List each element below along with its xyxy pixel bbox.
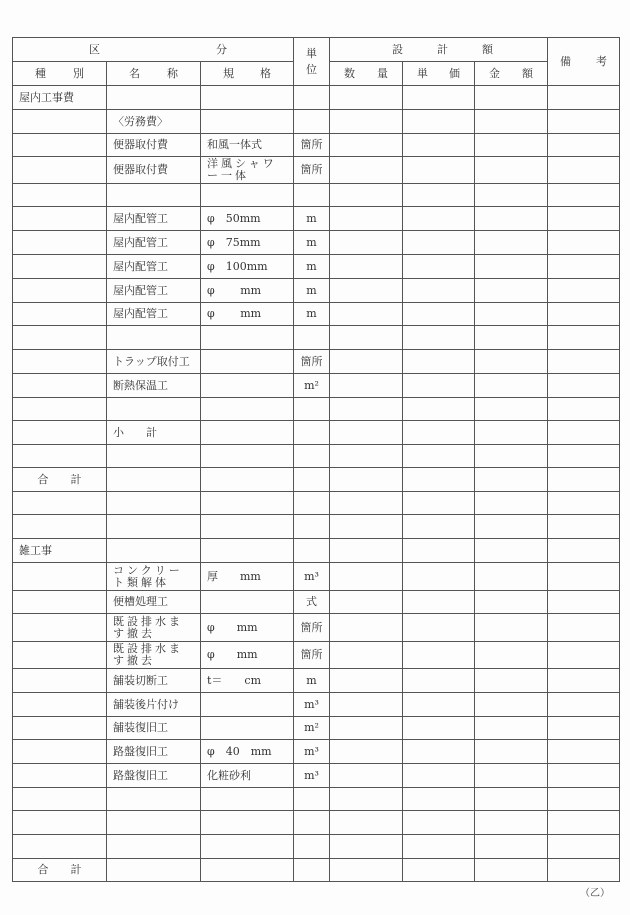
design-estimate-table: 区 分 単 位 設 計 額 備 考 <box>12 37 620 882</box>
cell-remarks[interactable] <box>548 374 620 398</box>
cell-qty[interactable] <box>330 157 403 184</box>
cell-qty[interactable] <box>330 835 403 859</box>
header-name-char-1: 名 <box>129 68 140 80</box>
cell-qty[interactable] <box>330 614 403 642</box>
cell-qty[interactable] <box>330 764 403 788</box>
cell-qty[interactable] <box>330 693 403 717</box>
cell-kind <box>13 374 107 398</box>
cell-name: 屋内配管工 <box>107 279 201 303</box>
cell-remarks[interactable] <box>548 157 620 184</box>
cell-spec <box>201 859 294 882</box>
cell-kind: 屋内工事費 <box>13 86 107 110</box>
cell-spec <box>201 184 294 207</box>
cell-remarks[interactable] <box>548 231 620 255</box>
cell-unit: m³ <box>294 693 330 717</box>
table-row: 合 計 <box>13 859 620 882</box>
cell-amount[interactable] <box>475 303 548 326</box>
cell-spec: φ 40 mm <box>201 740 294 764</box>
cell-unit: m³ <box>294 563 330 591</box>
header-spec: 規格 <box>201 62 294 86</box>
cell-unit <box>294 515 330 539</box>
cell-amount[interactable] <box>475 563 548 591</box>
cell-qty[interactable] <box>330 740 403 764</box>
cell-amount[interactable] <box>475 134 548 157</box>
cell-remarks[interactable] <box>548 835 620 859</box>
cell-unit-price[interactable] <box>403 303 475 326</box>
cell-unit-price[interactable] <box>403 764 475 788</box>
cell-remarks[interactable] <box>548 350 620 374</box>
cell-unit <box>294 184 330 207</box>
cell-amount[interactable] <box>475 693 548 717</box>
header-qty-char-2: 量 <box>377 68 388 80</box>
cell-unit-price[interactable] <box>403 740 475 764</box>
cell-remarks[interactable] <box>548 591 620 614</box>
cell-qty[interactable] <box>330 642 403 669</box>
cell-remarks[interactable] <box>548 279 620 303</box>
header-name: 名称 <box>107 62 201 86</box>
cell-spec: φ mm <box>201 642 294 669</box>
cell-name: 舗装後片付け <box>107 693 201 717</box>
cell-unit: m <box>294 207 330 231</box>
cell-qty[interactable] <box>330 374 403 398</box>
cell-amount[interactable] <box>475 374 548 398</box>
cell-unit-price[interactable] <box>403 693 475 717</box>
header-unit-price-char-1: 単 <box>417 68 428 80</box>
cell-name: 屋内配管工 <box>107 303 201 326</box>
cell-unit <box>294 539 330 563</box>
cell-name <box>107 326 201 350</box>
cell-remarks[interactable] <box>548 492 620 515</box>
cell-qty[interactable] <box>330 421 403 445</box>
cell-remarks[interactable] <box>548 740 620 764</box>
cell-unit-price[interactable] <box>403 421 475 445</box>
table-row <box>13 398 620 421</box>
cell-unit: 箇所 <box>294 350 330 374</box>
cell-name: 路盤復旧工 <box>107 740 201 764</box>
cell-spec <box>201 693 294 717</box>
cell-kind <box>13 207 107 231</box>
cell-unit: m <box>294 669 330 693</box>
cell-kind <box>13 184 107 207</box>
cell-spec <box>201 788 294 811</box>
cell-amount[interactable] <box>475 669 548 693</box>
cell-name: 小 計 <box>107 421 201 445</box>
cell-remarks[interactable] <box>548 86 620 110</box>
cell-unit-price[interactable] <box>403 350 475 374</box>
cell-unit-price[interactable] <box>403 642 475 669</box>
cell-name: 便器取付費 <box>107 157 201 184</box>
cell-name <box>107 398 201 421</box>
cell-unit-price[interactable] <box>403 563 475 591</box>
header-amount-char-2: 額 <box>522 68 533 80</box>
table-row <box>13 492 620 515</box>
header-kubun: 区 分 <box>13 38 294 62</box>
header-amount: 金額 <box>475 62 548 86</box>
table-row: 便器取付費洋風シャワー一体箇所 <box>13 157 620 184</box>
header-design-char-1: 設 <box>392 44 403 56</box>
cell-name: 既設排水ます撤去 <box>107 614 201 642</box>
cell-unit <box>294 468 330 492</box>
cell-remarks[interactable] <box>548 445 620 468</box>
cell-unit-price[interactable] <box>403 445 475 468</box>
cell-kind <box>13 515 107 539</box>
cell-unit-price[interactable] <box>403 184 475 207</box>
header-qty-char-1: 数 <box>344 68 355 80</box>
cell-amount[interactable] <box>475 86 548 110</box>
table-row: 屋内工事費 <box>13 86 620 110</box>
cell-spec <box>201 591 294 614</box>
cell-unit: 箇所 <box>294 134 330 157</box>
cell-spec <box>201 110 294 134</box>
table-row: 屋内配管工φ mmm <box>13 279 620 303</box>
cell-unit <box>294 492 330 515</box>
cell-amount[interactable] <box>475 811 548 835</box>
cell-spec <box>201 398 294 421</box>
cell-amount[interactable] <box>475 859 548 882</box>
cell-kind <box>13 157 107 184</box>
cell-unit: m³ <box>294 740 330 764</box>
cell-qty[interactable] <box>330 350 403 374</box>
cell-unit: m² <box>294 717 330 740</box>
cell-kind <box>13 134 107 157</box>
cell-spec: 化粧砂利 <box>201 764 294 788</box>
cell-qty[interactable] <box>330 669 403 693</box>
cell-unit-price[interactable] <box>403 811 475 835</box>
cell-remarks[interactable] <box>548 303 620 326</box>
header-name-char-2: 称 <box>167 68 178 80</box>
cell-unit: 箇所 <box>294 157 330 184</box>
header-amount-char-1: 金 <box>489 68 500 80</box>
table-row <box>13 788 620 811</box>
cell-unit <box>294 398 330 421</box>
cell-unit-price[interactable] <box>403 86 475 110</box>
header-spec-char-2: 格 <box>260 68 271 80</box>
cell-unit-price[interactable] <box>403 468 475 492</box>
cell-amount[interactable] <box>475 835 548 859</box>
header-unit: 単 位 <box>294 38 330 86</box>
header-unit-price: 単価 <box>403 62 475 86</box>
cell-spec <box>201 835 294 859</box>
table-row: トラップ取付工箇所 <box>13 350 620 374</box>
cell-unit-price[interactable] <box>403 255 475 279</box>
cell-remarks[interactable] <box>548 255 620 279</box>
cell-name: コンクリート類解体 <box>107 563 201 591</box>
cell-spec: φ 50mm <box>201 207 294 231</box>
cell-name: 断熱保温工 <box>107 374 201 398</box>
cell-unit-price[interactable] <box>403 134 475 157</box>
header-remarks: 備 考 <box>548 38 620 86</box>
header-kind-char-2: 別 <box>73 68 84 80</box>
cell-qty[interactable] <box>330 207 403 231</box>
cell-name: 屋内配管工 <box>107 207 201 231</box>
cell-amount[interactable] <box>475 642 548 669</box>
cell-remarks[interactable] <box>548 614 620 642</box>
cell-spec: t＝ cm <box>201 669 294 693</box>
cell-remarks[interactable] <box>548 134 620 157</box>
cell-kind <box>13 788 107 811</box>
header-kubun-char-2: 分 <box>216 44 227 56</box>
table-row: 雑工事 <box>13 539 620 563</box>
cell-unit: 箇所 <box>294 642 330 669</box>
cell-amount[interactable] <box>475 255 548 279</box>
table-row: 便槽処理工式 <box>13 591 620 614</box>
cell-qty[interactable] <box>330 591 403 614</box>
table-row: 屋内配管工φ mmm <box>13 303 620 326</box>
header-unit-price-char-2: 価 <box>449 68 460 80</box>
cell-qty[interactable] <box>330 788 403 811</box>
cell-remarks[interactable] <box>548 515 620 539</box>
cell-name <box>107 539 201 563</box>
header-spec-char-1: 規 <box>223 68 234 80</box>
cell-name <box>107 184 201 207</box>
cell-unit-price[interactable] <box>403 110 475 134</box>
table-row: 路盤復旧工化粧砂利m³ <box>13 764 620 788</box>
cell-remarks[interactable] <box>548 421 620 445</box>
cell-unit-price[interactable] <box>403 326 475 350</box>
cell-spec <box>201 421 294 445</box>
cell-kind <box>13 110 107 134</box>
cell-amount[interactable] <box>475 421 548 445</box>
cell-unit-price[interactable] <box>403 859 475 882</box>
cell-name <box>107 86 201 110</box>
cell-qty[interactable] <box>330 563 403 591</box>
cell-unit-price[interactable] <box>403 207 475 231</box>
table-row <box>13 515 620 539</box>
cell-qty[interactable] <box>330 279 403 303</box>
cell-name: 屋内配管工 <box>107 231 201 255</box>
cell-unit-price[interactable] <box>403 231 475 255</box>
cell-name <box>107 492 201 515</box>
table-row: 路盤復旧工φ 40 mmm³ <box>13 740 620 764</box>
cell-remarks[interactable] <box>548 398 620 421</box>
cell-remarks[interactable] <box>548 539 620 563</box>
header-qty: 数量 <box>330 62 403 86</box>
cell-kind <box>13 693 107 717</box>
header-design-amount: 設 計 額 <box>330 38 548 62</box>
cell-amount[interactable] <box>475 110 548 134</box>
cell-name: 便器取付費 <box>107 134 201 157</box>
cell-unit-price[interactable] <box>403 374 475 398</box>
cell-name: 便槽処理工 <box>107 591 201 614</box>
table-row: 既設排水ます撤去φ mm箇所 <box>13 642 620 669</box>
cell-unit <box>294 788 330 811</box>
cell-qty[interactable] <box>330 303 403 326</box>
cell-kind <box>13 398 107 421</box>
cell-name <box>107 859 201 882</box>
cell-spec <box>201 717 294 740</box>
cell-amount[interactable] <box>475 539 548 563</box>
table-row: 小 計 <box>13 421 620 445</box>
cell-spec <box>201 468 294 492</box>
cell-remarks[interactable] <box>548 811 620 835</box>
cell-qty[interactable] <box>330 811 403 835</box>
cell-unit <box>294 859 330 882</box>
cell-unit-price[interactable] <box>403 669 475 693</box>
header-remarks-char-2: 考 <box>596 56 607 68</box>
cell-spec <box>201 811 294 835</box>
cell-amount[interactable] <box>475 207 548 231</box>
cell-spec <box>201 445 294 468</box>
cell-spec: 洋風シャワー一体 <box>201 157 294 184</box>
cell-name <box>107 515 201 539</box>
cell-unit-price[interactable] <box>403 591 475 614</box>
cell-remarks[interactable] <box>548 468 620 492</box>
header-remarks-char-1: 備 <box>560 56 571 68</box>
cell-kind <box>13 642 107 669</box>
cell-qty[interactable] <box>330 717 403 740</box>
cell-amount[interactable] <box>475 445 548 468</box>
cell-kind: 雑工事 <box>13 539 107 563</box>
cell-remarks[interactable] <box>548 764 620 788</box>
table-body: 屋内工事費〈労務費〉便器取付費和風一体式箇所便器取付費洋風シャワー一体箇所屋内配… <box>13 86 620 882</box>
cell-amount[interactable] <box>475 492 548 515</box>
cell-remarks[interactable] <box>548 642 620 669</box>
cell-name <box>107 811 201 835</box>
cell-qty[interactable] <box>330 134 403 157</box>
cell-unit <box>294 421 330 445</box>
header-kubun-char-1: 区 <box>89 44 100 56</box>
cell-kind <box>13 669 107 693</box>
cell-unit-price[interactable] <box>403 835 475 859</box>
table-row <box>13 445 620 468</box>
table-row: 舗装後片付けm³ <box>13 693 620 717</box>
table-row: 舗装復旧工m² <box>13 717 620 740</box>
cell-kind <box>13 421 107 445</box>
cell-unit: m <box>294 303 330 326</box>
cell-remarks[interactable] <box>548 717 620 740</box>
cell-unit-price[interactable] <box>403 398 475 421</box>
cell-unit <box>294 445 330 468</box>
cell-spec: 和風一体式 <box>201 134 294 157</box>
header-row-1: 区 分 単 位 設 計 額 備 考 <box>13 38 620 62</box>
cell-amount[interactable] <box>475 788 548 811</box>
cell-qty[interactable] <box>330 255 403 279</box>
cell-name <box>107 788 201 811</box>
cell-remarks[interactable] <box>548 693 620 717</box>
table-row: 屋内配管工φ 75mmm <box>13 231 620 255</box>
table-row: 屋内配管工φ 100mmm <box>13 255 620 279</box>
cell-unit-price[interactable] <box>403 539 475 563</box>
cell-remarks[interactable] <box>548 788 620 811</box>
cell-remarks[interactable] <box>548 207 620 231</box>
cell-qty[interactable] <box>330 539 403 563</box>
cell-name <box>107 468 201 492</box>
cell-unit <box>294 86 330 110</box>
cell-remarks[interactable] <box>548 326 620 350</box>
cell-unit-price[interactable] <box>403 157 475 184</box>
cell-unit: 式 <box>294 591 330 614</box>
cell-unit <box>294 326 330 350</box>
cell-amount[interactable] <box>475 614 548 642</box>
cell-unit <box>294 811 330 835</box>
cell-kind <box>13 591 107 614</box>
cell-kind <box>13 835 107 859</box>
cell-remarks[interactable] <box>548 859 620 882</box>
cell-amount[interactable] <box>475 740 548 764</box>
cell-remarks[interactable] <box>548 110 620 134</box>
cell-amount[interactable] <box>475 157 548 184</box>
header-unit-char-1: 単 <box>306 47 317 60</box>
cell-qty[interactable] <box>330 110 403 134</box>
cell-qty[interactable] <box>330 231 403 255</box>
cell-kind <box>13 255 107 279</box>
table-row <box>13 811 620 835</box>
header-kind: 種別 <box>13 62 107 86</box>
cell-amount[interactable] <box>475 591 548 614</box>
cell-name: 舗装復旧工 <box>107 717 201 740</box>
cell-amount[interactable] <box>475 184 548 207</box>
table-row: 舗装切断工t＝ cmm <box>13 669 620 693</box>
cell-amount[interactable] <box>475 350 548 374</box>
cell-qty[interactable] <box>330 86 403 110</box>
cell-unit: 箇所 <box>294 614 330 642</box>
cell-unit: m <box>294 231 330 255</box>
cell-amount[interactable] <box>475 326 548 350</box>
cell-qty[interactable] <box>330 468 403 492</box>
cell-kind <box>13 740 107 764</box>
cell-amount[interactable] <box>475 398 548 421</box>
table-row: 既設排水ます撤去φ mm箇所 <box>13 614 620 642</box>
cell-unit-price[interactable] <box>403 279 475 303</box>
cell-qty[interactable] <box>330 445 403 468</box>
table-row: 屋内配管工φ 50mmm <box>13 207 620 231</box>
cell-unit-price[interactable] <box>403 717 475 740</box>
cell-kind: 合 計 <box>13 859 107 882</box>
cell-amount[interactable] <box>475 717 548 740</box>
cell-kind <box>13 563 107 591</box>
cell-amount[interactable] <box>475 515 548 539</box>
cell-qty[interactable] <box>330 398 403 421</box>
cell-qty[interactable] <box>330 492 403 515</box>
cell-unit-price[interactable] <box>403 515 475 539</box>
cell-name <box>107 445 201 468</box>
cell-qty[interactable] <box>330 184 403 207</box>
cell-kind <box>13 492 107 515</box>
table-row: 便器取付費和風一体式箇所 <box>13 134 620 157</box>
cell-remarks[interactable] <box>548 563 620 591</box>
cell-qty[interactable] <box>330 859 403 882</box>
table-row <box>13 835 620 859</box>
cell-kind <box>13 231 107 255</box>
header-design-char-2: 計 <box>437 44 448 56</box>
header-design-char-3: 額 <box>482 44 493 56</box>
table-row: 合 計 <box>13 468 620 492</box>
cell-name: 既設排水ます撤去 <box>107 642 201 669</box>
cell-unit-price[interactable] <box>403 492 475 515</box>
cell-unit-price[interactable] <box>403 788 475 811</box>
cell-remarks[interactable] <box>548 669 620 693</box>
cell-unit-price[interactable] <box>403 614 475 642</box>
cell-amount[interactable] <box>475 468 548 492</box>
cell-spec <box>201 350 294 374</box>
cell-qty[interactable] <box>330 326 403 350</box>
cell-amount[interactable] <box>475 764 548 788</box>
cell-remarks[interactable] <box>548 184 620 207</box>
cell-qty[interactable] <box>330 515 403 539</box>
cell-spec: 厚 mm <box>201 563 294 591</box>
table-row <box>13 184 620 207</box>
cell-amount[interactable] <box>475 231 548 255</box>
cell-amount[interactable] <box>475 279 548 303</box>
cell-spec: φ mm <box>201 303 294 326</box>
cell-name: トラップ取付工 <box>107 350 201 374</box>
cell-unit <box>294 110 330 134</box>
table-row: 断熱保温工m² <box>13 374 620 398</box>
cell-spec: φ 75mm <box>201 231 294 255</box>
cell-unit <box>294 835 330 859</box>
cell-spec: φ mm <box>201 614 294 642</box>
cell-kind <box>13 279 107 303</box>
